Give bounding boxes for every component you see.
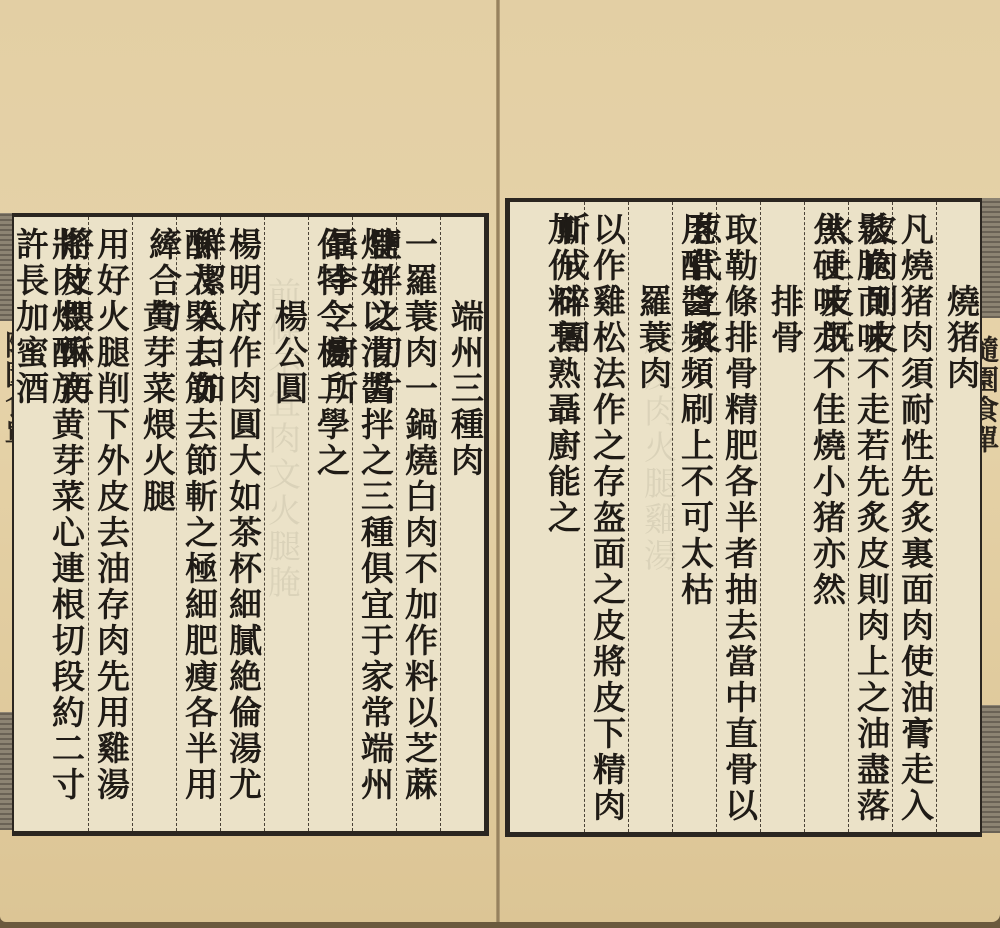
left-page: 隨園食單 二七 前條不宜肉文火腿腌 端州三種肉 一羅蓑肉一鍋燒白肉不加作料以芝蔴… <box>0 0 496 922</box>
body-text: 作特令楊二學之 <box>313 227 349 479</box>
column: 用醋醬頻頻刷上不可太枯 <box>672 202 716 832</box>
section-title: 排骨 <box>767 284 803 356</box>
column: 作特令楊二學之 <box>308 217 352 831</box>
section-title: 羅蓑肉 <box>635 284 671 392</box>
column: 黄芽菜煨火腿 <box>132 217 176 831</box>
column: 取勒條排骨精肥各半者抽去當中直骨以葱代之炙 <box>716 202 760 832</box>
section-title: 黄芽菜煨火腿 <box>139 299 175 515</box>
column: 酥大槩去筋去節斬之極細肥瘦各半用縴合勻 <box>176 217 220 831</box>
column: 煨好以清醬拌之三種俱宜于家常端州聶李二廚所 <box>352 217 396 831</box>
body-text: 凡燒猪肉須耐性先炙裏面肉使油膏走入皮肉則皮 <box>897 212 933 832</box>
body-text: 焦硬味亦不佳燒小猪亦然 <box>809 212 845 608</box>
body-text: 用好火腿削下外皮去油存肉先用雞湯將皮煨酥再 <box>93 227 129 831</box>
column: 端州三種肉 <box>440 217 484 831</box>
column: 以作雞松法作之存盔面之皮將皮下精肉斬成碎團 <box>584 202 628 832</box>
column: 焦硬味亦不佳燒小猪亦然 <box>804 202 848 832</box>
column: 排骨 <box>760 202 804 832</box>
body-text: 鬆脆而味不走若先炙皮則肉上之油盡落火上皮既 <box>853 212 889 832</box>
column: 加作料烹熟聶廚能之 <box>540 202 584 832</box>
column: 將肉煨酥放黄芽菜心連根切段約二寸許長加蜜酒 <box>44 217 88 831</box>
column: 燒猪肉 <box>936 202 980 832</box>
column: 楊明府作肉圓大如茶杯細膩絶倫湯尤鮮潔入口如 <box>220 217 264 831</box>
body-text: 楊明府作肉圓大如茶杯細膩絶倫湯尤鮮潔入口如 <box>225 227 261 831</box>
body-text: 加作料烹熟聶廚能之 <box>544 212 580 536</box>
left-text-frame: 前條不宜肉文火腿腌 端州三種肉 一羅蓑肉一鍋燒白肉不加作料以芝蔴鹽拌之切片 煨好… <box>12 213 489 836</box>
right-page: 隨園食單 胖皮肉火腿雞湯 燒猪肉 凡燒猪肉須耐性先炙裏面肉使油膏走入皮肉則皮 鬆… <box>500 0 1000 922</box>
body-text: 用醋醬頻頻刷上不可太枯 <box>677 212 713 608</box>
left-columns: 端州三種肉 一羅蓑肉一鍋燒白肉不加作料以芝蔴鹽拌之切片 煨好以清醬拌之三種俱宜于… <box>14 217 484 831</box>
column: 鬆脆而味不走若先炙皮則肉上之油盡落火上皮既 <box>848 202 892 832</box>
book-spread: 隨園食單 二七 前條不宜肉文火腿腌 端州三種肉 一羅蓑肉一鍋燒白肉不加作料以芝蔴… <box>0 0 1000 928</box>
right-text-frame: 胖皮肉火腿雞湯 燒猪肉 凡燒猪肉須耐性先炙裏面肉使油膏走入皮肉則皮 鬆脆而味不走… <box>505 198 982 837</box>
column: 凡燒猪肉須耐性先炙裏面肉使油膏走入皮肉則皮 <box>892 202 936 832</box>
body-text: 將肉煨酥放黄芽菜心連根切段約二寸許長加蜜酒 <box>48 227 84 831</box>
body-text: 煨好以清醬拌之三種俱宜于家常端州聶李二廚所 <box>357 227 393 831</box>
column: 一羅蓑肉一鍋燒白肉不加作料以芝蔴鹽拌之切片 <box>396 217 440 831</box>
section-title: 端州三種肉 <box>447 299 483 479</box>
section-title: 楊公圓 <box>271 299 307 407</box>
column: 楊公圓 <box>264 217 308 831</box>
column: 羅蓑肉 <box>628 202 672 832</box>
section-title: 燒猪肉 <box>943 284 979 392</box>
column: 用好火腿削下外皮去油存肉先用雞湯將皮煨酥再 <box>88 217 132 831</box>
body-text: 酥大槩去筋去節斬之極細肥瘦各半用縴合勻 <box>181 227 217 831</box>
body-text: 取勒條排骨精肥各半者抽去當中直骨以葱代之炙 <box>721 212 757 832</box>
right-columns: 燒猪肉 凡燒猪肉須耐性先炙裏面肉使油膏走入皮肉則皮 鬆脆而味不走若先炙皮則肉上之… <box>520 202 980 832</box>
body-text: 以作雞松法作之存盔面之皮將皮下精肉斬成碎團 <box>589 212 625 832</box>
body-text: 一羅蓑肉一鍋燒白肉不加作料以芝蔴鹽拌之切片 <box>401 227 437 831</box>
